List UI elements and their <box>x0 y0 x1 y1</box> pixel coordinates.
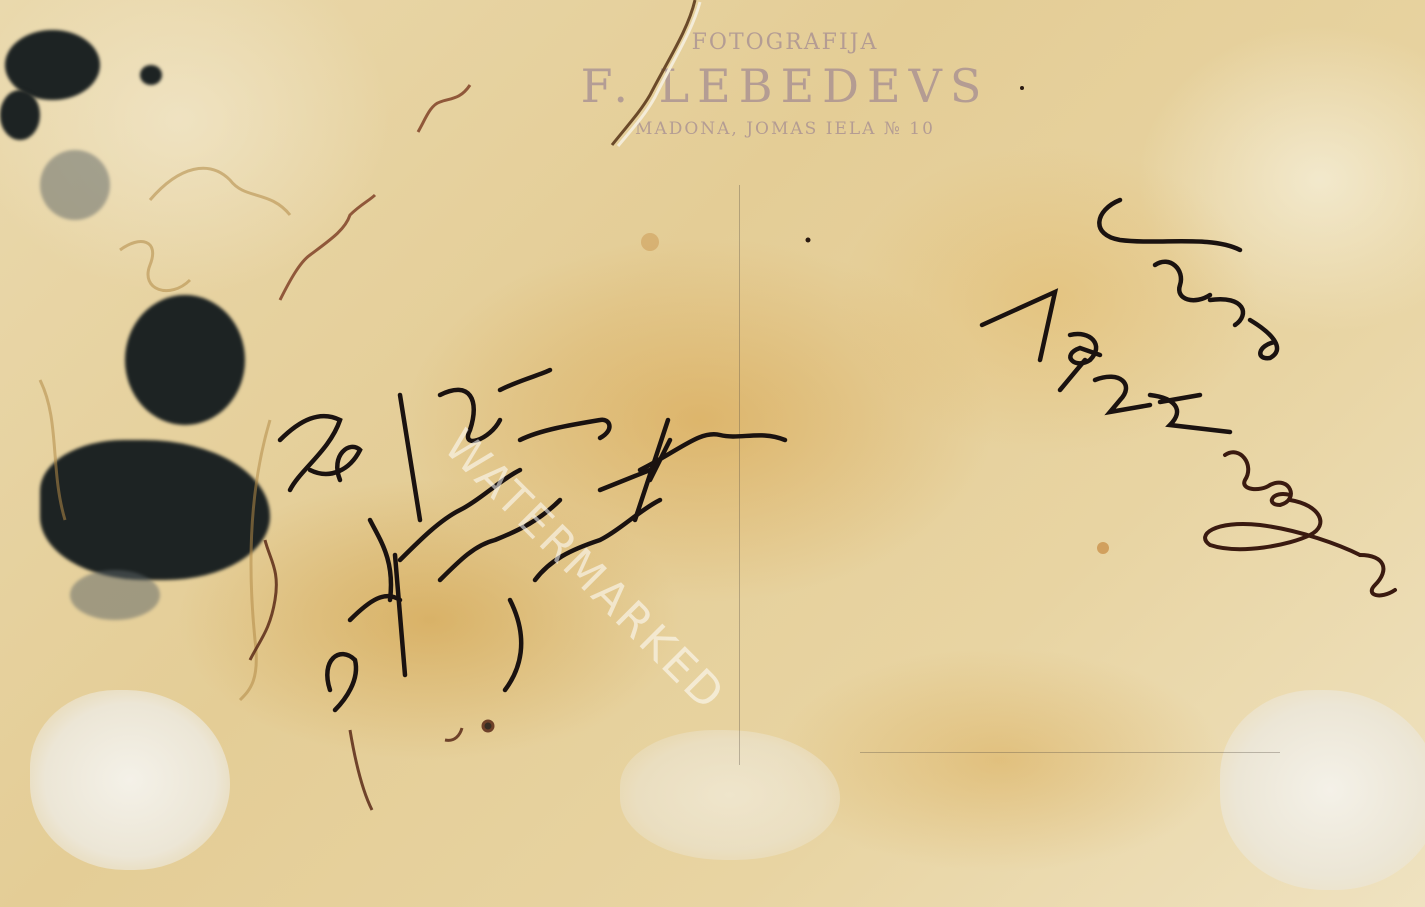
faded-handwriting-left <box>40 168 290 700</box>
paper-crack <box>612 0 695 145</box>
handwriting-layer <box>0 0 1425 907</box>
photo-back-card: FOTOGRAFIJA F. LEBEDEVS MADONA, JOMAS IE… <box>0 0 1425 907</box>
faded-handwriting-top <box>280 85 470 300</box>
